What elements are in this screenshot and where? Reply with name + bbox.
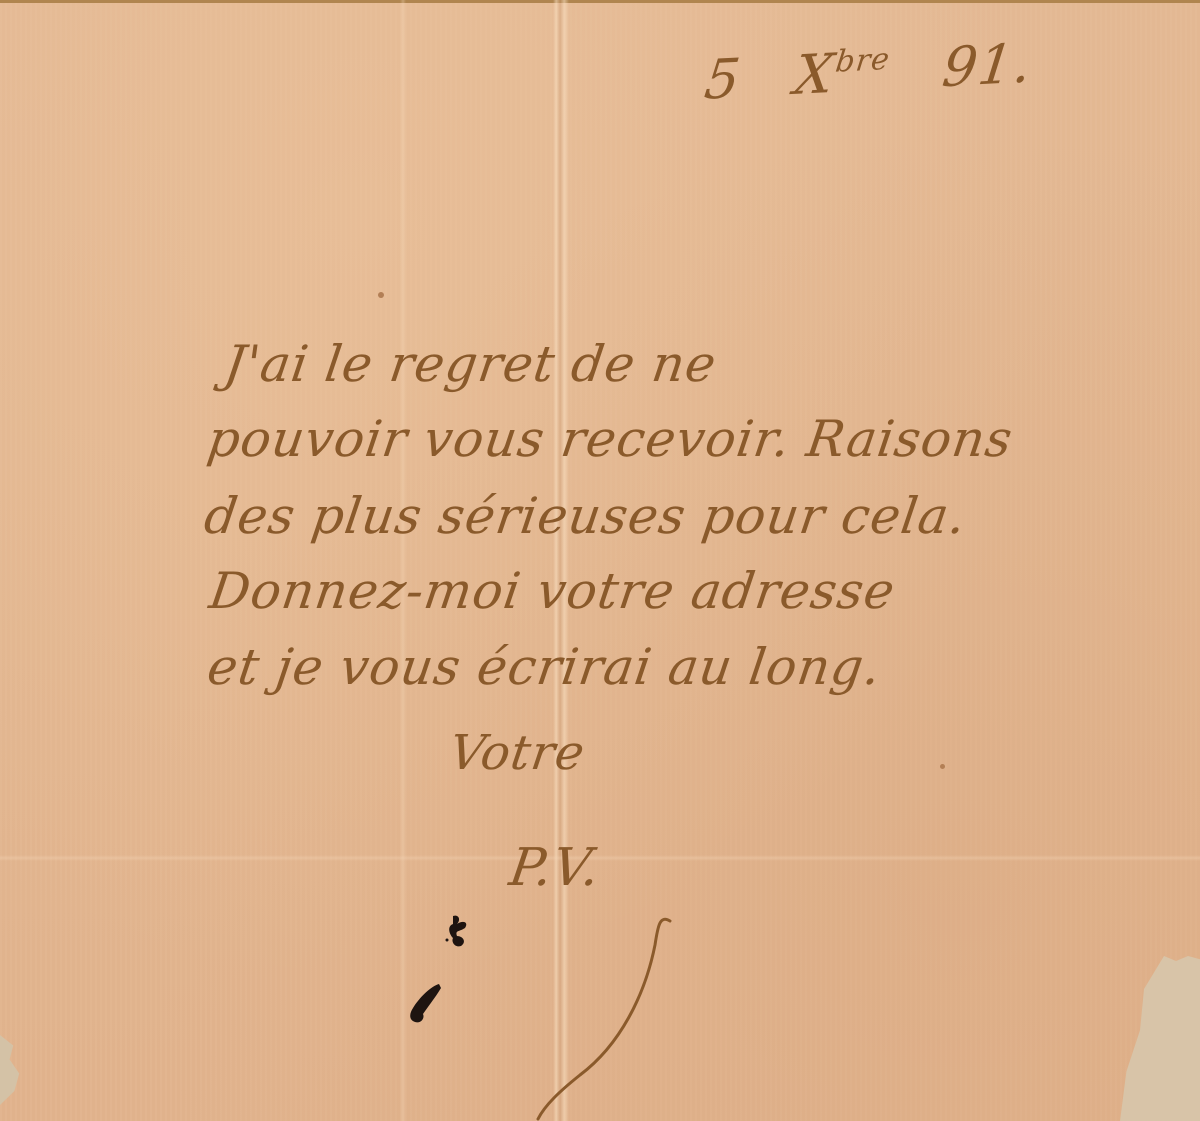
paper-fold-crease-secondary bbox=[400, 0, 406, 1121]
paper-tear-damage bbox=[1120, 956, 1200, 1121]
letter-date: 5 Xbre 91. bbox=[701, 31, 1035, 112]
letter-body-line: et je vous écrirai au long. bbox=[204, 638, 885, 696]
date-month-suffix: bre bbox=[834, 42, 893, 80]
paper-speck bbox=[378, 292, 384, 298]
ink-blot-icon bbox=[445, 912, 475, 962]
date-month: X bbox=[791, 42, 838, 108]
paper-speck bbox=[940, 764, 945, 769]
date-day: 5 bbox=[701, 46, 744, 111]
signature-flourish-icon bbox=[510, 905, 690, 1121]
ink-blot-icon bbox=[405, 980, 445, 1025]
date-year: 91. bbox=[939, 31, 1036, 99]
letter-sheet: 5 Xbre 91. J'ai le regret de ne pouvoir … bbox=[0, 0, 1200, 1121]
letter-signature: P.V. bbox=[506, 838, 604, 898]
letter-body-line: J'ai le regret de ne bbox=[221, 335, 720, 393]
letter-body-line: Donnez-moi votre adresse bbox=[206, 562, 899, 620]
letter-body-line: des plus sérieuses pour cela. bbox=[201, 487, 970, 545]
letter-body-line: pouvoir vous recevoir. Raisons bbox=[204, 410, 1017, 468]
letter-closing: Votre bbox=[446, 725, 589, 781]
paper-top-edge bbox=[0, 0, 1200, 3]
paper-tear-damage bbox=[0, 1035, 24, 1105]
